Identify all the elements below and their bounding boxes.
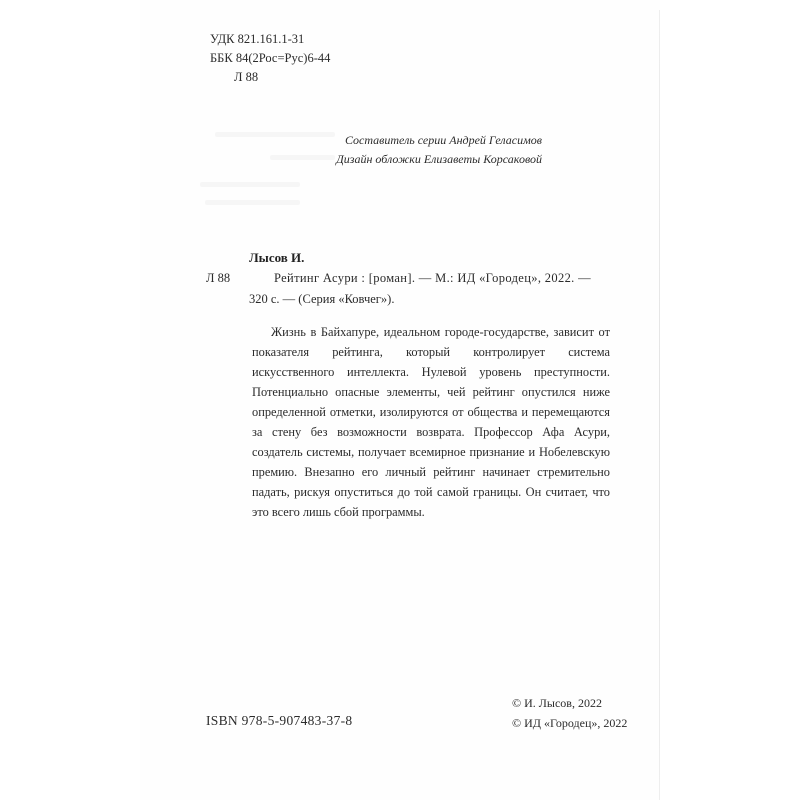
- show-through-texture: [215, 132, 335, 137]
- author-name: Лысов И.: [249, 250, 304, 266]
- show-through-texture: [205, 200, 300, 205]
- show-through-texture: [200, 182, 300, 187]
- copyright-author: © И. Лысов, 2022: [512, 693, 602, 713]
- page-edge-divider: [659, 10, 660, 800]
- book-annotation: Жизнь в Байхапуре, идеальном городе-госу…: [252, 322, 610, 522]
- author-mark-top: Л 88: [234, 68, 258, 87]
- copyright-publisher: © ИД «Городец», 2022: [512, 713, 627, 733]
- cover-design-credit: Дизайн обложки Елизаветы Корсаковой: [336, 150, 542, 169]
- show-through-texture: [270, 155, 335, 160]
- bibliographic-line-1: Рейтинг Асури : [роман]. — М.: ИД «Город…: [274, 268, 591, 289]
- author-mark: Л 88: [206, 268, 230, 289]
- udk-code: УДК 821.161.1-31: [210, 30, 304, 49]
- series-compiler-credit: Составитель серии Андрей Геласимов: [345, 131, 542, 150]
- bbk-code: ББК 84(2Рос=Рус)6-44: [210, 49, 330, 68]
- isbn: ISBN 978-5-907483-37-8: [206, 713, 352, 729]
- bibliographic-line-2: 320 с. — (Серия «Ковчег»).: [249, 289, 394, 310]
